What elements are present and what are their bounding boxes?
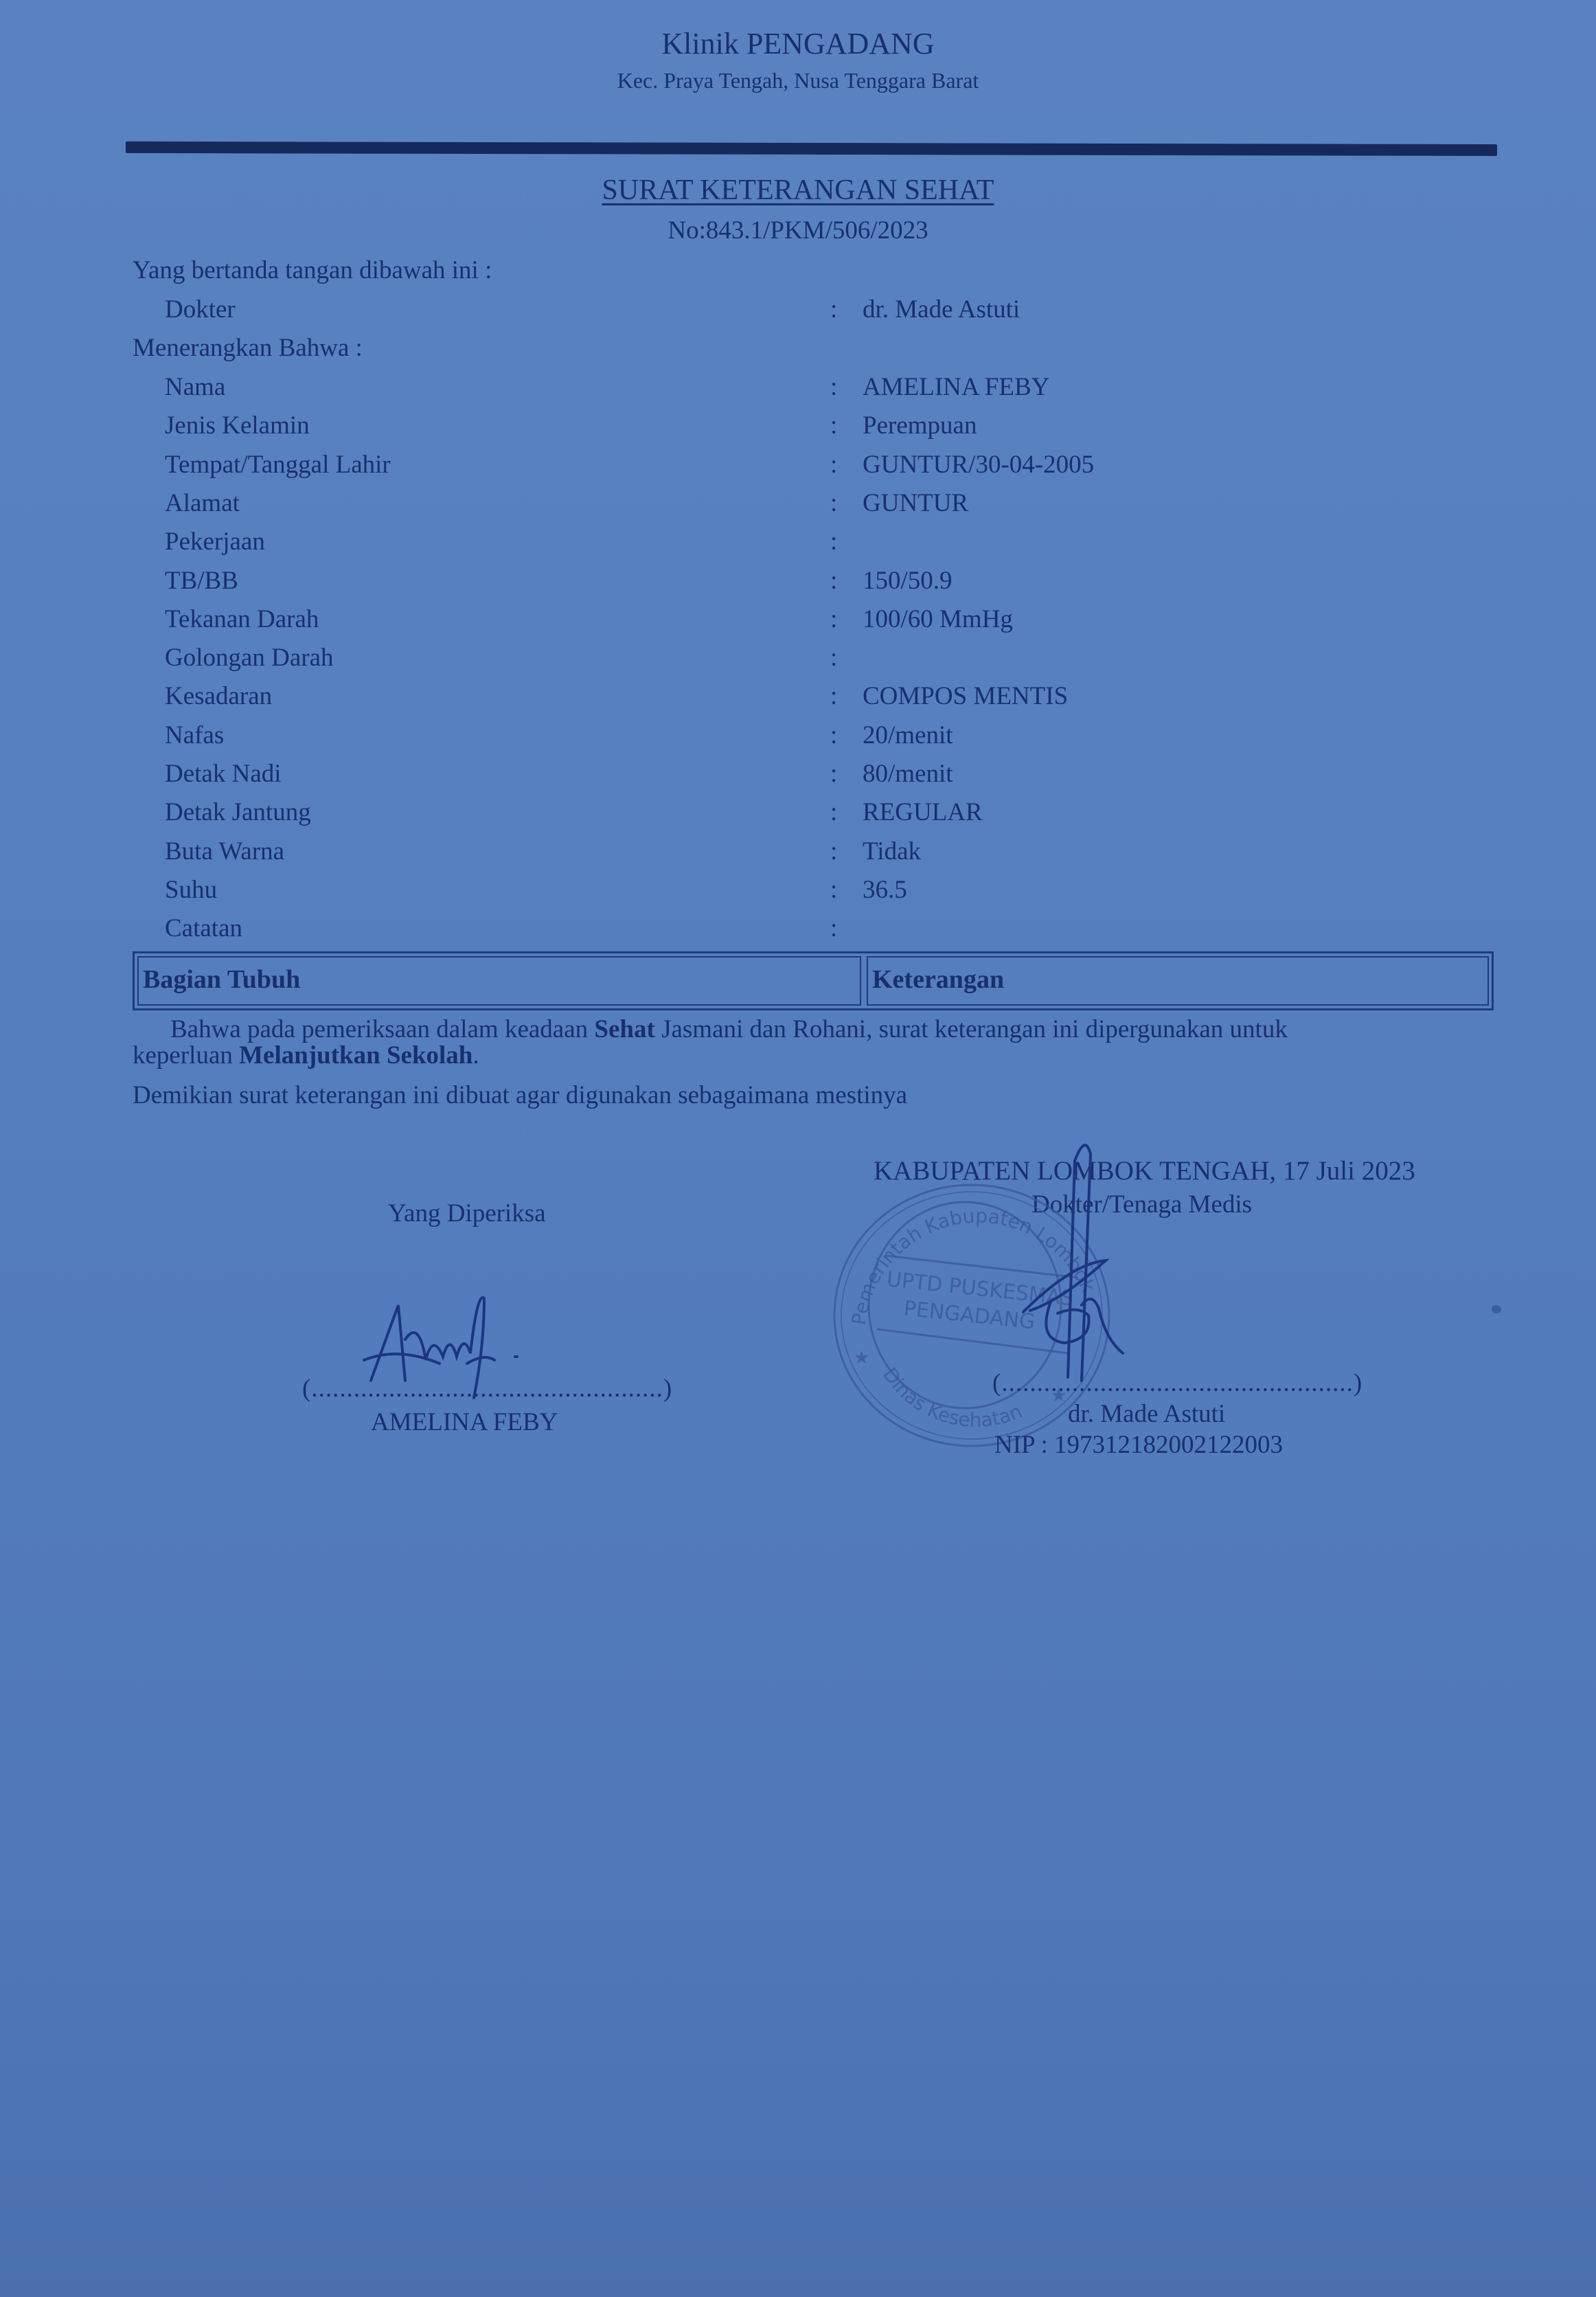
field-label-catatan: Catatan [165, 916, 242, 941]
doctor-signed-name: dr. Made Astuti [1068, 1401, 1225, 1427]
field-label-detak-jantung: Detak Jantung [165, 800, 311, 825]
field-label-tb-bb: TB/BB [165, 568, 238, 593]
field-value-alamat: GUNTUR [863, 490, 968, 516]
header-divider [126, 142, 1497, 156]
statement-bold-sehat: Sehat [594, 1015, 654, 1043]
doctor-value: dr. Made Astuti [863, 297, 1020, 322]
clinic-name: Klinik PENGADANG [0, 29, 1596, 59]
field-value-nama: AMELINA FEBY [863, 374, 1049, 400]
doctor-nip: NIP : 197312182002122003 [994, 1432, 1283, 1458]
field-value-jenis-kelamin: Perempuan [863, 413, 977, 438]
doctor-signature-line: (.......................................… [992, 1370, 1363, 1396]
field-label-tekanan-darah: Tekanan Darah [165, 607, 319, 632]
field-value-buta-warna: Tidak [863, 839, 921, 864]
patient-intro: Menerangkan Bahwa : [133, 335, 363, 361]
field-value-nafas: 20/menit [863, 723, 953, 748]
closing-statement: Demikian surat keterangan ini dibuat aga… [133, 1083, 907, 1108]
field-colon-detak-nadi: : [830, 761, 837, 787]
field-value-suhu: 36.5 [863, 877, 907, 903]
field-label-suhu: Suhu [165, 877, 217, 903]
field-value-kesadaran: COMPOS MENTIS [863, 683, 1068, 709]
field-label-detak-nadi: Detak Nadi [165, 761, 282, 787]
field-colon-alamat: : [830, 490, 837, 516]
statement-text: keperluan [133, 1041, 239, 1070]
statement-line-2: keperluan Melanjutkan Sekolah. [133, 1043, 479, 1068]
field-colon-pekerjaan: : [830, 529, 837, 554]
signatory-intro: Yang bertanda tangan dibawah ini : [133, 258, 492, 283]
field-label-alamat: Alamat [165, 490, 240, 516]
field-label-tempat-tanggal-lahir: Tempat/Tanggal Lahir [165, 452, 391, 477]
field-value-tekanan-darah: 100/60 MmHg [863, 607, 1013, 632]
doctor-signature-icon [1010, 1133, 1167, 1388]
field-label-pekerjaan: Pekerjaan [165, 529, 265, 554]
doctor-label: Dokter [165, 297, 236, 322]
table-header-keterangan: Keterangan [867, 956, 1489, 1006]
field-label-nafas: Nafas [165, 723, 224, 748]
statement-text: Jasmani dan Rohani, surat keterangan ini… [655, 1015, 1288, 1043]
field-colon-tempat-tanggal-lahir: : [830, 452, 837, 477]
patient-signature-line: (.......................................… [302, 1376, 672, 1401]
table-header-bagian-tubuh: Bagian Tubuh [137, 956, 861, 1006]
field-colon-nafas: : [830, 723, 837, 748]
field-value-tb-bb: 150/50.9 [863, 568, 953, 593]
document-number: No:843.1/PKM/506/2023 [0, 218, 1596, 243]
field-colon-catatan: : [830, 916, 837, 941]
field-value-tempat-tanggal-lahir: GUNTUR/30-04-2005 [863, 452, 1094, 477]
field-label-golongan-darah: Golongan Darah [165, 645, 334, 670]
field-colon-tb-bb: : [830, 568, 837, 593]
clinic-address: Kec. Praya Tengah, Nusa Tenggara Barat [0, 69, 1596, 91]
patient-signed-name: AMELINA FEBY [371, 1410, 558, 1435]
patient-caption: Yang Diperiksa [388, 1201, 546, 1226]
field-colon-detak-jantung: : [830, 800, 837, 825]
document-title: SURAT KETERANGAN SEHAT [0, 176, 1596, 205]
field-colon-nama: : [830, 374, 837, 400]
statement-text: . [472, 1041, 479, 1070]
field-label-nama: Nama [165, 374, 225, 400]
field-colon-buta-warna: : [830, 839, 837, 864]
statement-text: Bahwa pada pemeriksaan dalam keadaan [170, 1015, 594, 1043]
field-value-detak-jantung: REGULAR [863, 800, 983, 825]
doctor-colon: : [830, 297, 837, 322]
field-label-kesadaran: Kesadaran [165, 683, 272, 709]
field-label-buta-warna: Buta Warna [165, 839, 284, 864]
paper-speck [1492, 1305, 1501, 1313]
field-colon-kesadaran: : [830, 683, 837, 709]
svg-text:★: ★ [854, 1348, 869, 1368]
field-colon-golongan-darah: : [830, 645, 837, 670]
exam-table: Bagian Tubuh Keterangan [133, 951, 1494, 1010]
field-value-detak-nadi: 80/menit [863, 761, 953, 787]
field-colon-tekanan-darah: : [830, 607, 837, 632]
field-colon-jenis-kelamin: : [830, 413, 837, 438]
field-label-jenis-kelamin: Jenis Kelamin [165, 413, 310, 438]
statement-bold-purpose: Melanjutkan Sekolah [239, 1041, 472, 1070]
statement-line-1: Bahwa pada pemeriksaan dalam keadaan Seh… [170, 1017, 1288, 1042]
field-colon-suhu: : [830, 877, 837, 903]
